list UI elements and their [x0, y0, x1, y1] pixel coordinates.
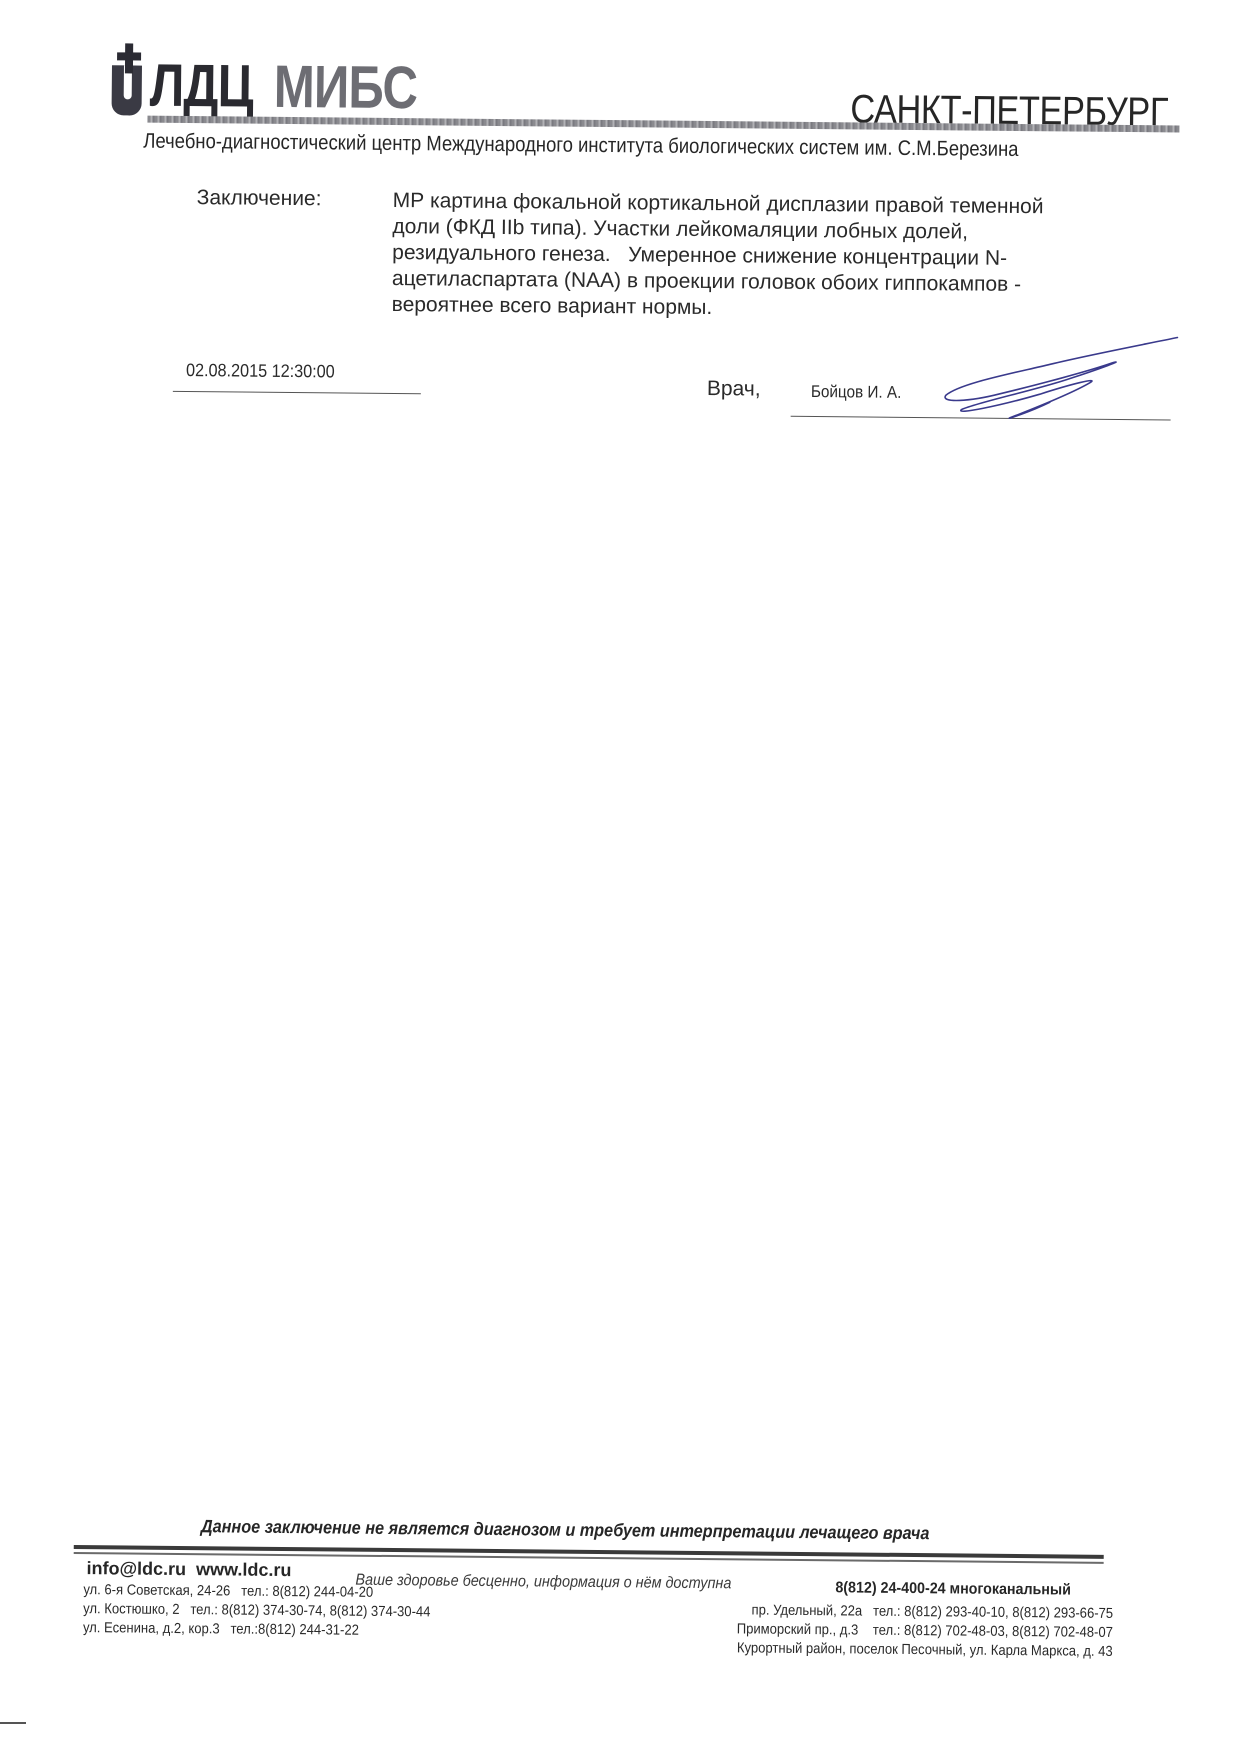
doctor-name: Бойцов И. А. [811, 382, 902, 403]
addresses-right: пр. Удельный, 22а тел.: 8(812) 293-40-10… [737, 1601, 1114, 1662]
medical-cross-icon [112, 43, 143, 115]
conclusion-label: Заключение: [197, 186, 322, 211]
doctor-label: Врач, [707, 377, 761, 402]
address-item: Курортный район, поселок Песочный, ул. К… [737, 1639, 1113, 1662]
date-underline [173, 391, 421, 394]
conclusion-text: МР картина фокальной кортикальной диспла… [392, 188, 1193, 326]
contact-email-website: info@ldc.ru www.ldc.ru [86, 1558, 291, 1581]
organization-name: Лечебно-диагностический центр Международ… [143, 130, 1018, 162]
addresses-left: ул. 6-я Советская, 24-26 тел.: 8(812) 24… [83, 1581, 431, 1641]
handwritten-signature-icon [940, 331, 1181, 423]
logo-text-ldc: ЛДЦ [150, 56, 249, 117]
medical-report-page: ЛДЦ МИБС САНКТ-ПЕТЕРБУРГ Лечебно-диагнос… [0, 0, 1248, 1760]
report-datetime: 02.08.2015 12:30:00 [186, 360, 335, 382]
clinic-logo: ЛДЦ МИБС [112, 43, 449, 118]
scan-edge-mark [0, 1722, 26, 1724]
logo-text-mibs: МИБС [274, 57, 418, 118]
address-item: ул. Есенина, д.2, кор.3 тел.:8(812) 244-… [83, 1619, 430, 1641]
hotline-phone: 8(812) 24-400-24 многоканальный [835, 1579, 1071, 1599]
disclaimer: Данное заключение не является диагнозом … [201, 1516, 930, 1544]
